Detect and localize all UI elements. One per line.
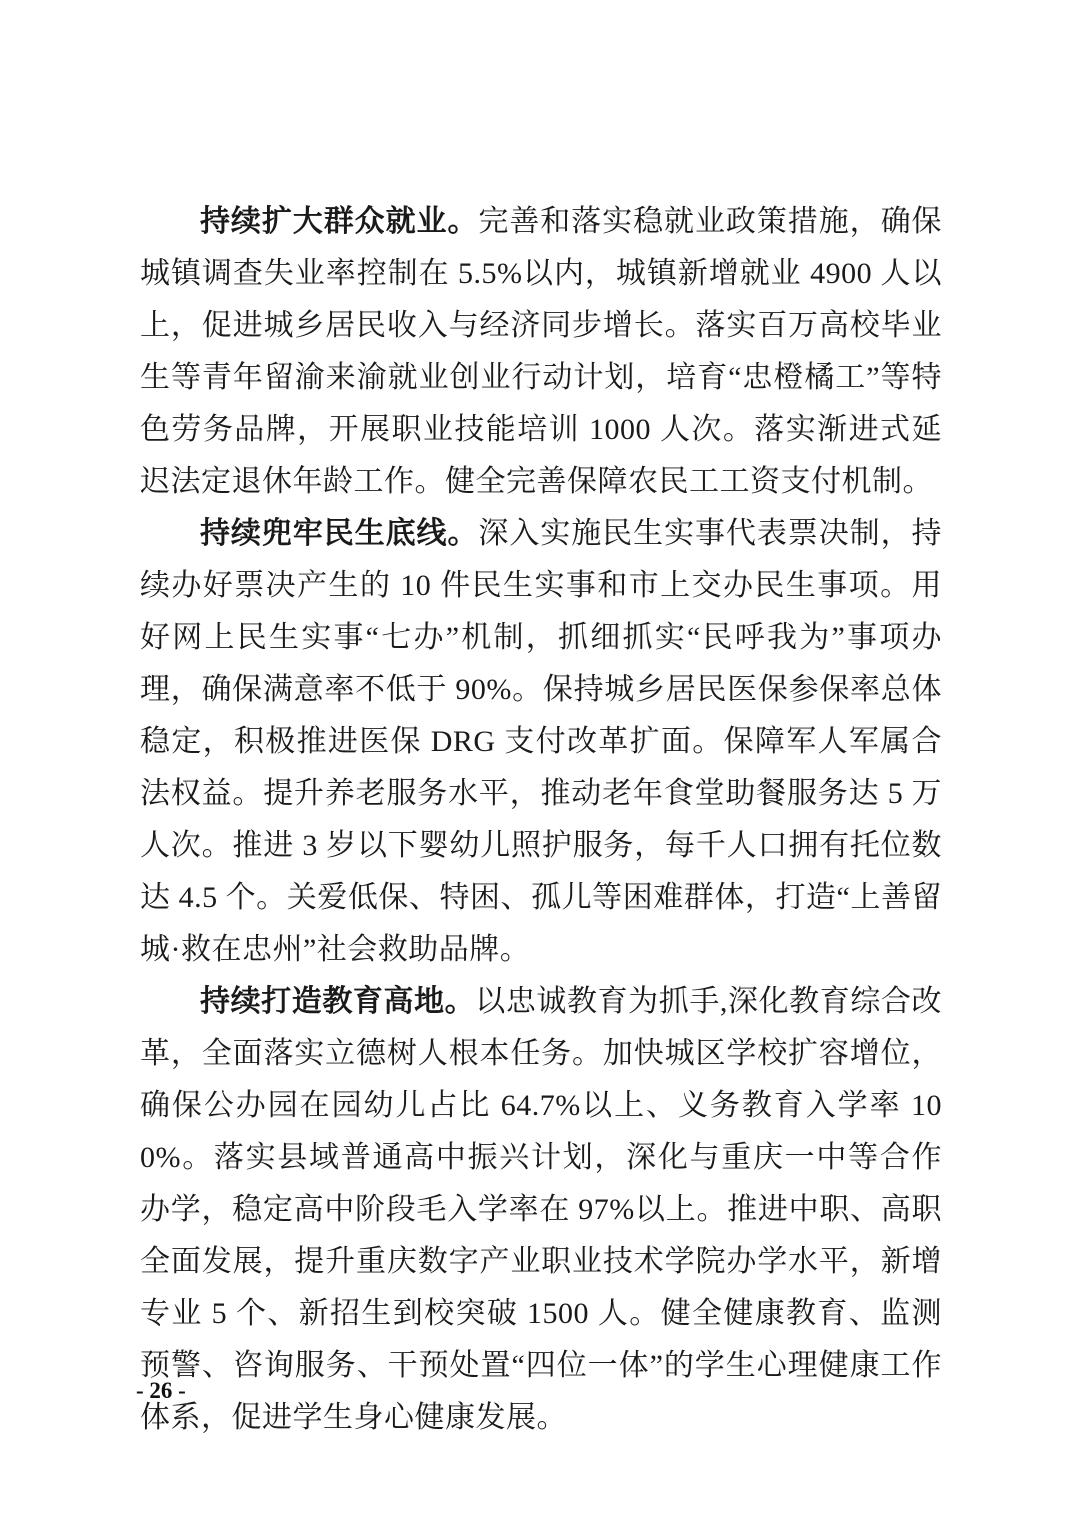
document-page: 持续扩大群众就业。完善和落实稳就业政策措施，确保城镇调查失业率控制在 5.5%以… [0,0,1074,1520]
paragraph-livelihood: 持续兜牢民生底线。深入实施民生实事代表票决制，持续办好票决产生的 10 件民生实… [140,508,942,976]
paragraph-livelihood-text: 深入实施民生实事代表票决制，持续办好票决产生的 10 件民生实事和市上交办民生事… [140,517,942,966]
paragraph-employment-text: 完善和落实稳就业政策措施，确保城镇调查失业率控制在 5.5%以内，城镇新增就业 … [140,205,942,498]
document-body: 持续扩大群众就业。完善和落实稳就业政策措施，确保城镇调查失业率控制在 5.5%以… [140,196,942,1444]
paragraph-education-lead: 持续打造教育高地。 [200,985,475,1018]
paragraph-employment: 持续扩大群众就业。完善和落实稳就业政策措施，确保城镇调查失业率控制在 5.5%以… [140,196,942,508]
paragraph-livelihood-lead: 持续兜牢民生底线。 [200,517,478,550]
paragraph-employment-lead: 持续扩大群众就业。 [200,205,478,238]
paragraph-education: 持续打造教育高地。以忠诚教育为抓手,深化教育综合改革，全面落实立德树人根本任务。… [140,976,942,1444]
page-number: - 26 - [136,1378,186,1404]
paragraph-education-text: 以忠诚教育为抓手,深化教育综合改革，全面落实立德树人根本任务。加快城区学校扩容增… [140,985,942,1434]
